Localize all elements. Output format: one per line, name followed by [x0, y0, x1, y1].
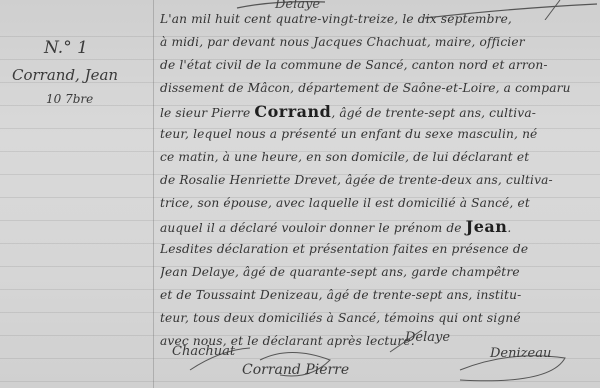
text-line: teur, lequel nous a présenté un enfant d…: [160, 123, 596, 146]
signatures-area: Chachuat Corrand Pierre Delaye Denizeau: [160, 330, 600, 388]
signature-witness-1: Delaye: [405, 330, 450, 345]
text-line: auquel il a déclaré vouloir donner le pr…: [160, 215, 596, 238]
record-body: L'an mil huit cent quatre-vingt-treize, …: [160, 8, 596, 353]
text-line: trice, son épouse, avec laquelle il est …: [160, 192, 596, 215]
acte-date: 10 7bre: [46, 92, 93, 106]
surname-emphasis: Corrand: [254, 102, 331, 121]
text-line: dissement de Mâcon, département de Saône…: [160, 77, 596, 100]
text-line: de l'état civil de la commune de Sancé, …: [160, 54, 596, 77]
text-line: à midi, par devant nous Jacques Chachuat…: [160, 31, 596, 54]
text-line: Jean Delaye, âgé de quarante-sept ans, g…: [160, 261, 596, 284]
given-name-emphasis: Jean: [466, 217, 508, 236]
text-line: Lesdites déclaration et présentation fai…: [160, 238, 596, 261]
left-margin: N.° 1 Corrand, Jean 10 7bre: [0, 0, 150, 388]
margin-line: [153, 0, 154, 388]
signature-declarant: Corrand Pierre: [242, 362, 349, 378]
text-segment: auquel il a déclaré vouloir donner le pr…: [160, 221, 466, 235]
text-segment: .: [507, 221, 511, 235]
acte-number: N.° 1: [44, 38, 88, 58]
text-line: de Rosalie Henriette Drevet, âgée de tre…: [160, 169, 596, 192]
text-line: teur, tous deux domiciliés à Sancé, témo…: [160, 307, 596, 330]
text-line: le sieur Pierre Corrand, âgé de trente-s…: [160, 100, 596, 123]
text-segment: , âgé de trente-sept ans, cultiva-: [331, 106, 536, 120]
text-line: et de Toussaint Denizeau, âgé de trente-…: [160, 284, 596, 307]
text-line: ce matin, à une heure, en son domicile, …: [160, 146, 596, 169]
text-segment: le sieur Pierre: [160, 106, 254, 120]
text-line: L'an mil huit cent quatre-vingt-treize, …: [160, 8, 596, 31]
signature-mayor: Chachuat: [172, 344, 235, 359]
acte-subject-name: Corrand, Jean: [12, 66, 118, 84]
signature-witness-2: Denizeau: [490, 346, 551, 361]
